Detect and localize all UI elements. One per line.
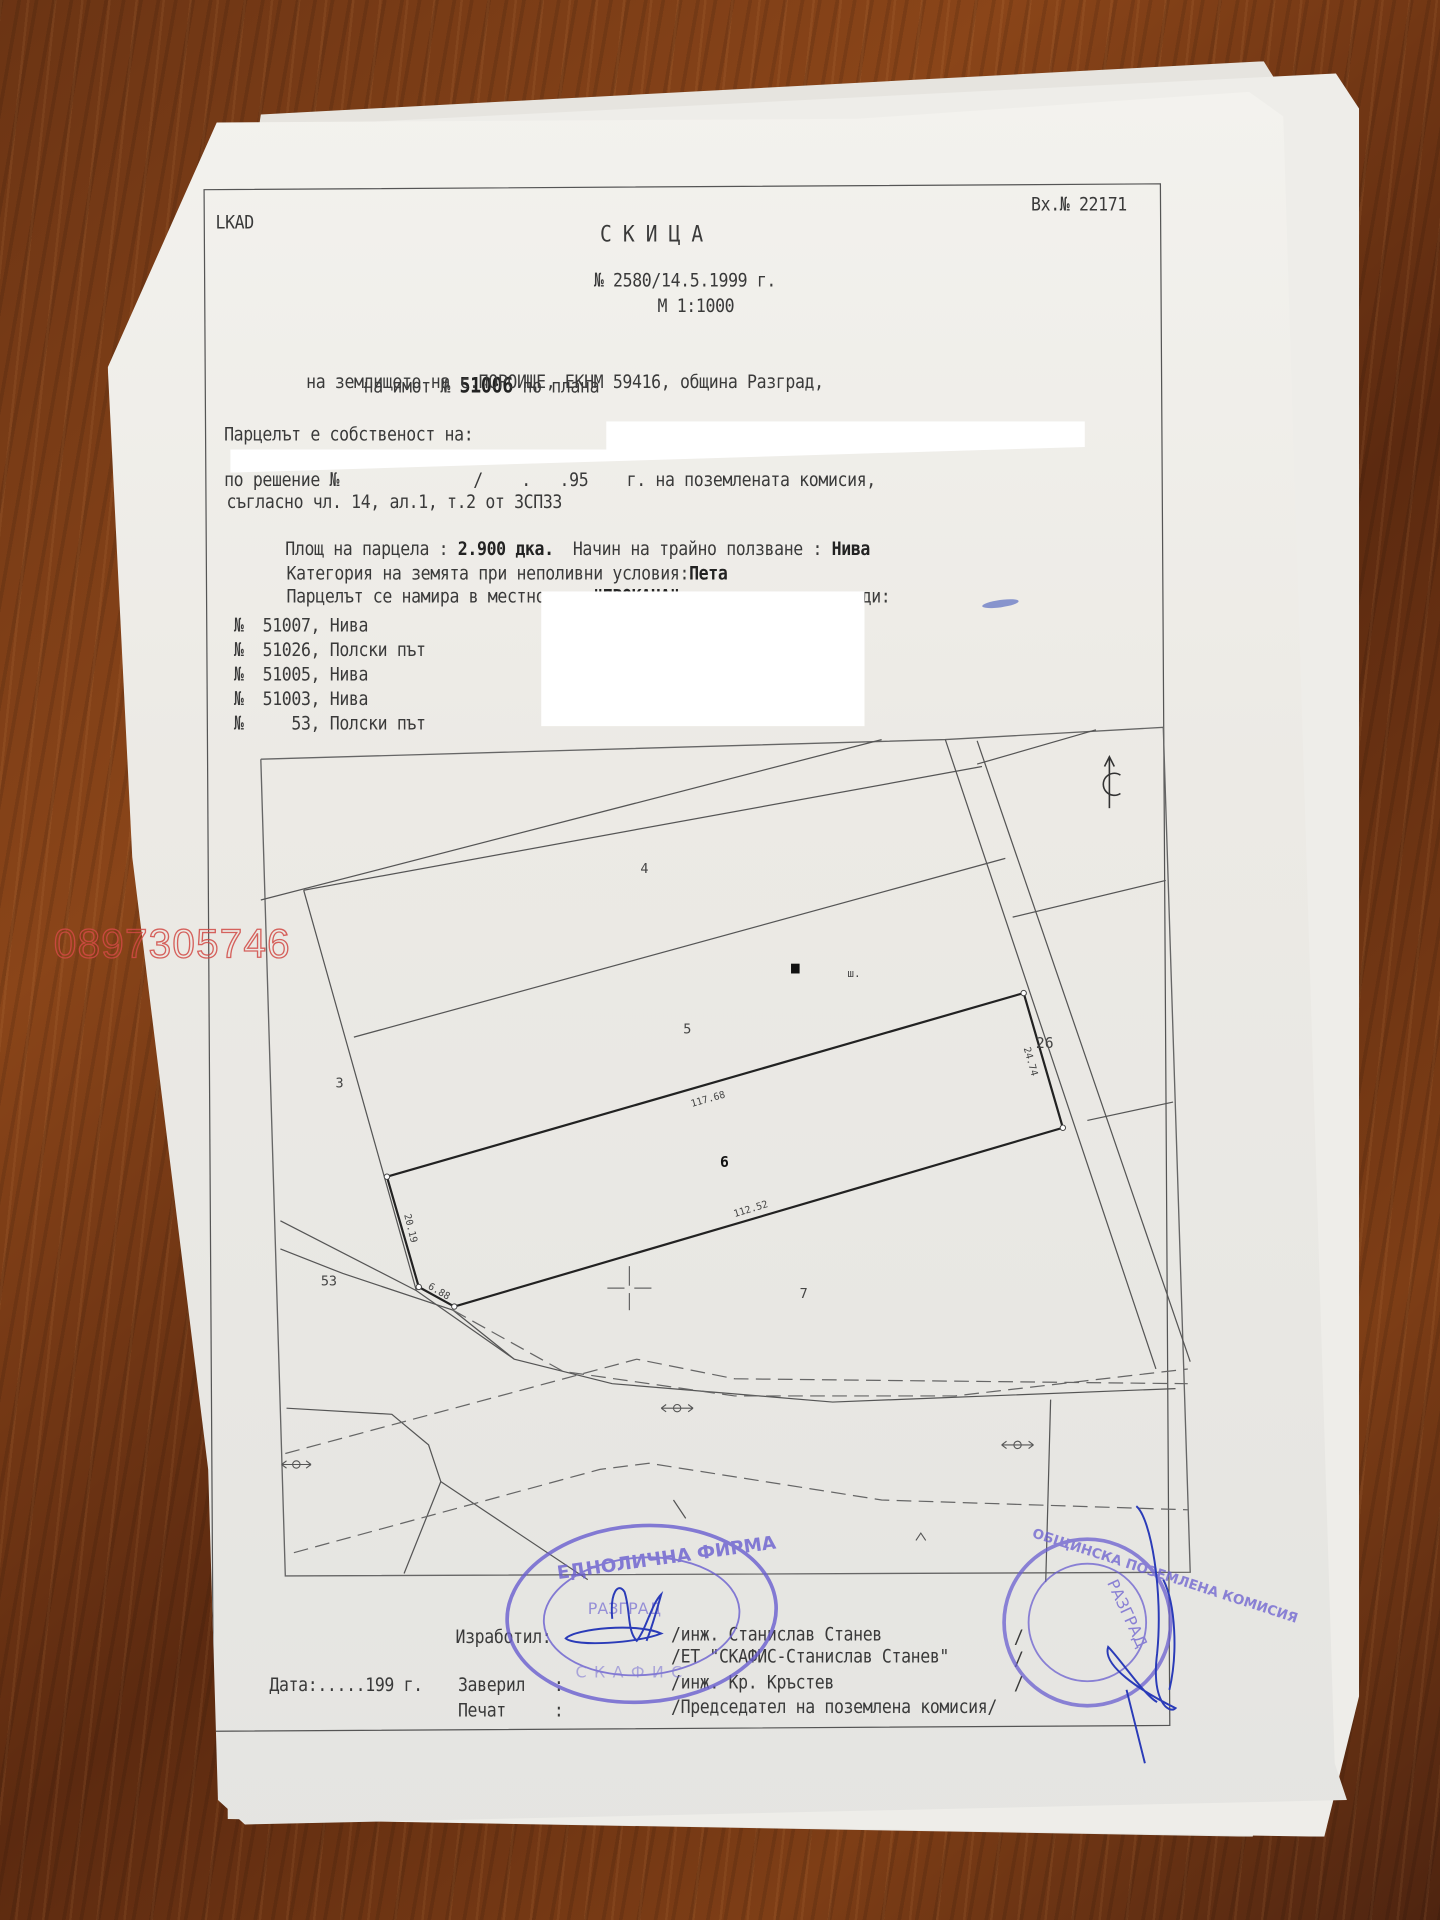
svg-text:РАЗГРАД: РАЗГРАД — [1103, 1576, 1151, 1650]
stamp-left: ЕДНОЛИЧНА ФИРМА РАЗГРАД СКАФИС — [501, 1517, 782, 1712]
svg-text:ЕДНОЛИЧНА ФИРМА: ЕДНОЛИЧНА ФИРМА — [556, 1532, 778, 1584]
svg-text:СКАФИС: СКАФИС — [576, 1663, 690, 1682]
phone-watermark: 0897305746 — [54, 921, 291, 968]
svg-text:ОБЩИНСКА ПОЗЕМЛЕНА КОМИСИЯ: ОБЩИНСКА ПОЗЕМЛЕНА КОМИСИЯ — [1030, 1526, 1299, 1626]
stamp-right: ОБЩИНСКА ПОЗЕМЛЕНА КОМИСИЯ РАЗГРАД — [1004, 1526, 1299, 1705]
photo-stage: LKAD Вх.№ 22171 С К И Ц А № 2580/14.5.19… — [0, 0, 1440, 1920]
